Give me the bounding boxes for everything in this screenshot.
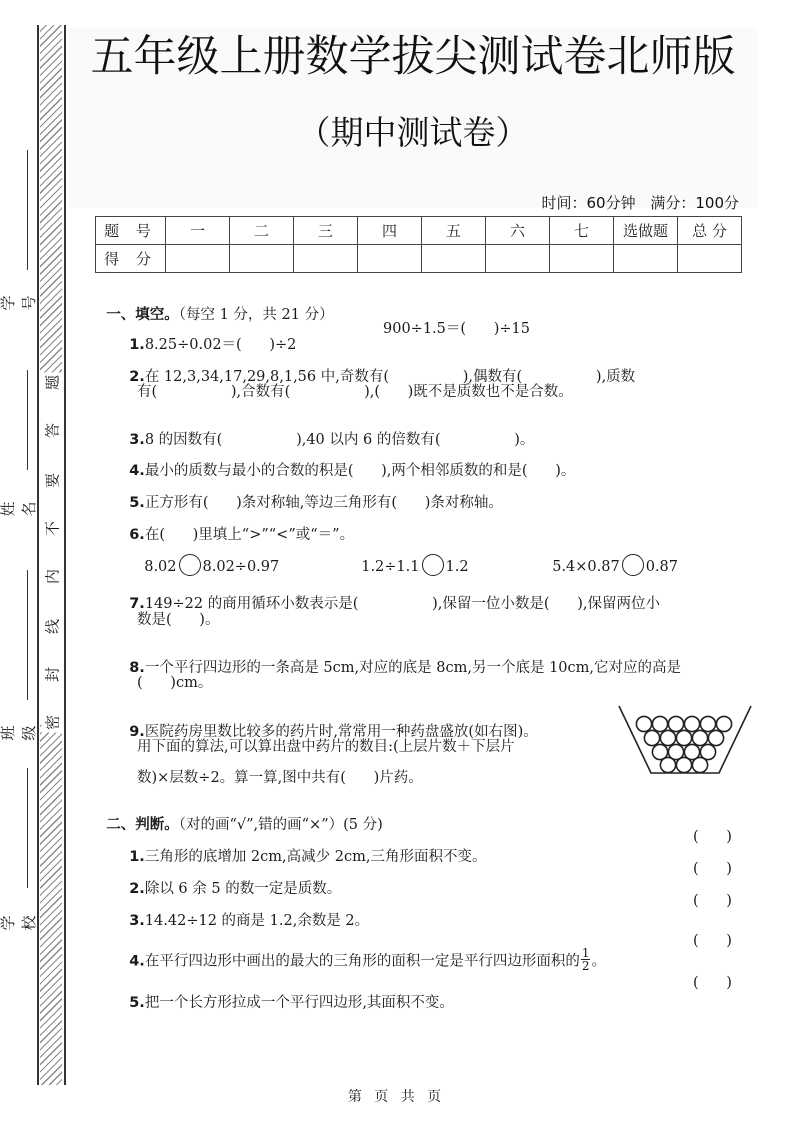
score-cell[interactable] bbox=[358, 245, 422, 273]
school-label: 学校 bbox=[0, 911, 39, 935]
binding-line-inner bbox=[64, 25, 66, 1085]
pill-tray-figure bbox=[615, 702, 755, 777]
judge-item-3: 3.14.42÷12 的商是 1.2,余数是 2。 bbox=[120, 893, 369, 930]
answer-blank[interactable]: ( ) bbox=[693, 829, 732, 845]
question-7-line1: 149÷22 的商用循环小数表示是( ),保留一位小数是( ),保留两位小 bbox=[145, 596, 660, 612]
seal-char: 线 bbox=[42, 617, 63, 637]
page-title: 五年级上册数学拔尖测试卷北师版 bbox=[68, 28, 758, 86]
score-row-label: 得 分 bbox=[96, 245, 166, 273]
judge-text: 在平行四边形中画出的最大的三角形的面积一定是平行四边形面积的 bbox=[145, 954, 580, 970]
score-table: 题 号 一 二 三 四 五 六 七 选做题 总 分 得 分 bbox=[95, 216, 742, 273]
seal-char: 封 bbox=[42, 665, 63, 685]
question-1b: 900÷1.5＝( )÷15 bbox=[383, 317, 530, 338]
score-cell[interactable] bbox=[230, 245, 294, 273]
judge-item-5: 5.把一个长方形拉成一个平行四边形,其面积不变。 bbox=[120, 975, 454, 1012]
question-7-line2: 数是( )。 bbox=[137, 608, 219, 629]
question-number: 5. bbox=[129, 995, 145, 1011]
answer-blank[interactable]: ( ) bbox=[693, 975, 732, 991]
judge-tail: 。 bbox=[591, 954, 606, 970]
header-cell: 题 号 bbox=[96, 217, 166, 245]
hatch-pattern-top bbox=[40, 25, 62, 375]
compare-circle-blank[interactable] bbox=[179, 554, 201, 576]
school-field[interactable] bbox=[27, 768, 28, 888]
comparison-left: 1.2÷1.1 bbox=[361, 559, 419, 575]
class-label: 班级 bbox=[0, 721, 39, 745]
comparison-right: 8.02÷0.97 bbox=[203, 559, 280, 575]
comparison-1: 8.028.02÷0.97 bbox=[135, 540, 279, 578]
header-cell: 七 bbox=[549, 217, 613, 245]
name-label: 姓名 bbox=[0, 497, 39, 521]
answer-blank[interactable]: ( ) bbox=[693, 933, 732, 949]
comparison-3: 5.4×0.870.87 bbox=[543, 540, 678, 578]
score-cell[interactable] bbox=[166, 245, 230, 273]
comparison-right: 0.87 bbox=[646, 559, 678, 575]
page-footer: 第 页 共 页 bbox=[0, 1086, 793, 1106]
comparison-2: 1.2÷1.11.2 bbox=[352, 540, 469, 578]
exam-full-score: 满分：100分 bbox=[650, 194, 739, 212]
fraction-one-half: 12 bbox=[581, 947, 591, 972]
score-cell[interactable] bbox=[613, 245, 677, 273]
question-9-line3: 数)×层数÷2。算一算,图中共有( )片药。 bbox=[137, 766, 423, 787]
comparison-left: 5.4×0.87 bbox=[552, 559, 620, 575]
question-9-line2: 用下面的算法,可以算出盘中药片的数目:(上层片数＋下层片 bbox=[137, 735, 515, 756]
seal-char: 内 bbox=[42, 567, 63, 587]
question-2-line2: 有( ),合数有( ),( )既不是质数也不是合数。 bbox=[137, 380, 573, 401]
page-subtitle: （期中测试卷） bbox=[68, 108, 758, 158]
seal-char: 要 bbox=[42, 471, 63, 491]
header-cell: 一 bbox=[166, 217, 230, 245]
score-table-header-row: 题 号 一 二 三 四 五 六 七 选做题 总 分 bbox=[96, 217, 742, 245]
question-number: 4. bbox=[129, 954, 145, 970]
header-cell: 选做题 bbox=[613, 217, 677, 245]
seal-char: 题 bbox=[42, 373, 63, 393]
hatch-pattern-bottom bbox=[40, 720, 62, 1085]
score-cell[interactable] bbox=[549, 245, 613, 273]
header-cell: 五 bbox=[422, 217, 486, 245]
student-id-label: 学号 bbox=[0, 291, 39, 315]
score-cell[interactable] bbox=[486, 245, 550, 273]
compare-circle-blank[interactable] bbox=[422, 554, 444, 576]
compare-circle-blank[interactable] bbox=[622, 554, 644, 576]
question-number: 3. bbox=[129, 913, 145, 929]
comparison-left: 8.02 bbox=[144, 559, 176, 575]
score-cell[interactable] bbox=[677, 245, 741, 273]
seal-char: 密 bbox=[42, 713, 63, 733]
header-cell: 二 bbox=[230, 217, 294, 245]
score-cell[interactable] bbox=[294, 245, 358, 273]
exam-time: 时间：60分钟 bbox=[541, 194, 635, 212]
question-8-line1: 一个平行四边形的一条高是 5cm,对应的底是 8cm,另一个底是 10cm,它对… bbox=[145, 660, 681, 676]
class-field[interactable] bbox=[27, 570, 28, 700]
score-table-score-row: 得 分 bbox=[96, 245, 742, 273]
name-field[interactable] bbox=[27, 370, 28, 470]
answer-blank[interactable]: ( ) bbox=[693, 893, 732, 909]
student-id-field[interactable] bbox=[27, 150, 28, 270]
judge-text: 14.42÷12 的商是 1.2,余数是 2。 bbox=[145, 913, 369, 929]
seal-char: 不 bbox=[42, 519, 63, 539]
header-cell: 六 bbox=[486, 217, 550, 245]
question-8-line2: ( )cm。 bbox=[137, 671, 212, 692]
seal-char: 答 bbox=[42, 421, 63, 441]
header-cell: 总 分 bbox=[677, 217, 741, 245]
comparison-right: 1.2 bbox=[446, 559, 469, 575]
tray-outline bbox=[619, 706, 751, 773]
header-cell: 三 bbox=[294, 217, 358, 245]
score-cell[interactable] bbox=[422, 245, 486, 273]
answer-blank[interactable]: ( ) bbox=[693, 861, 732, 877]
judge-text: 把一个长方形拉成一个平行四边形,其面积不变。 bbox=[145, 995, 454, 1011]
question-6: 6.在( )里填上“>”“<”或“＝”。 bbox=[120, 507, 354, 544]
exam-meta: 时间：60分钟 满分：100分 bbox=[531, 192, 739, 213]
header-cell: 四 bbox=[358, 217, 422, 245]
judge-item-4: 4.在平行四边形中画出的最大的三角形的面积一定是平行四边形面积的12。 bbox=[120, 933, 606, 974]
